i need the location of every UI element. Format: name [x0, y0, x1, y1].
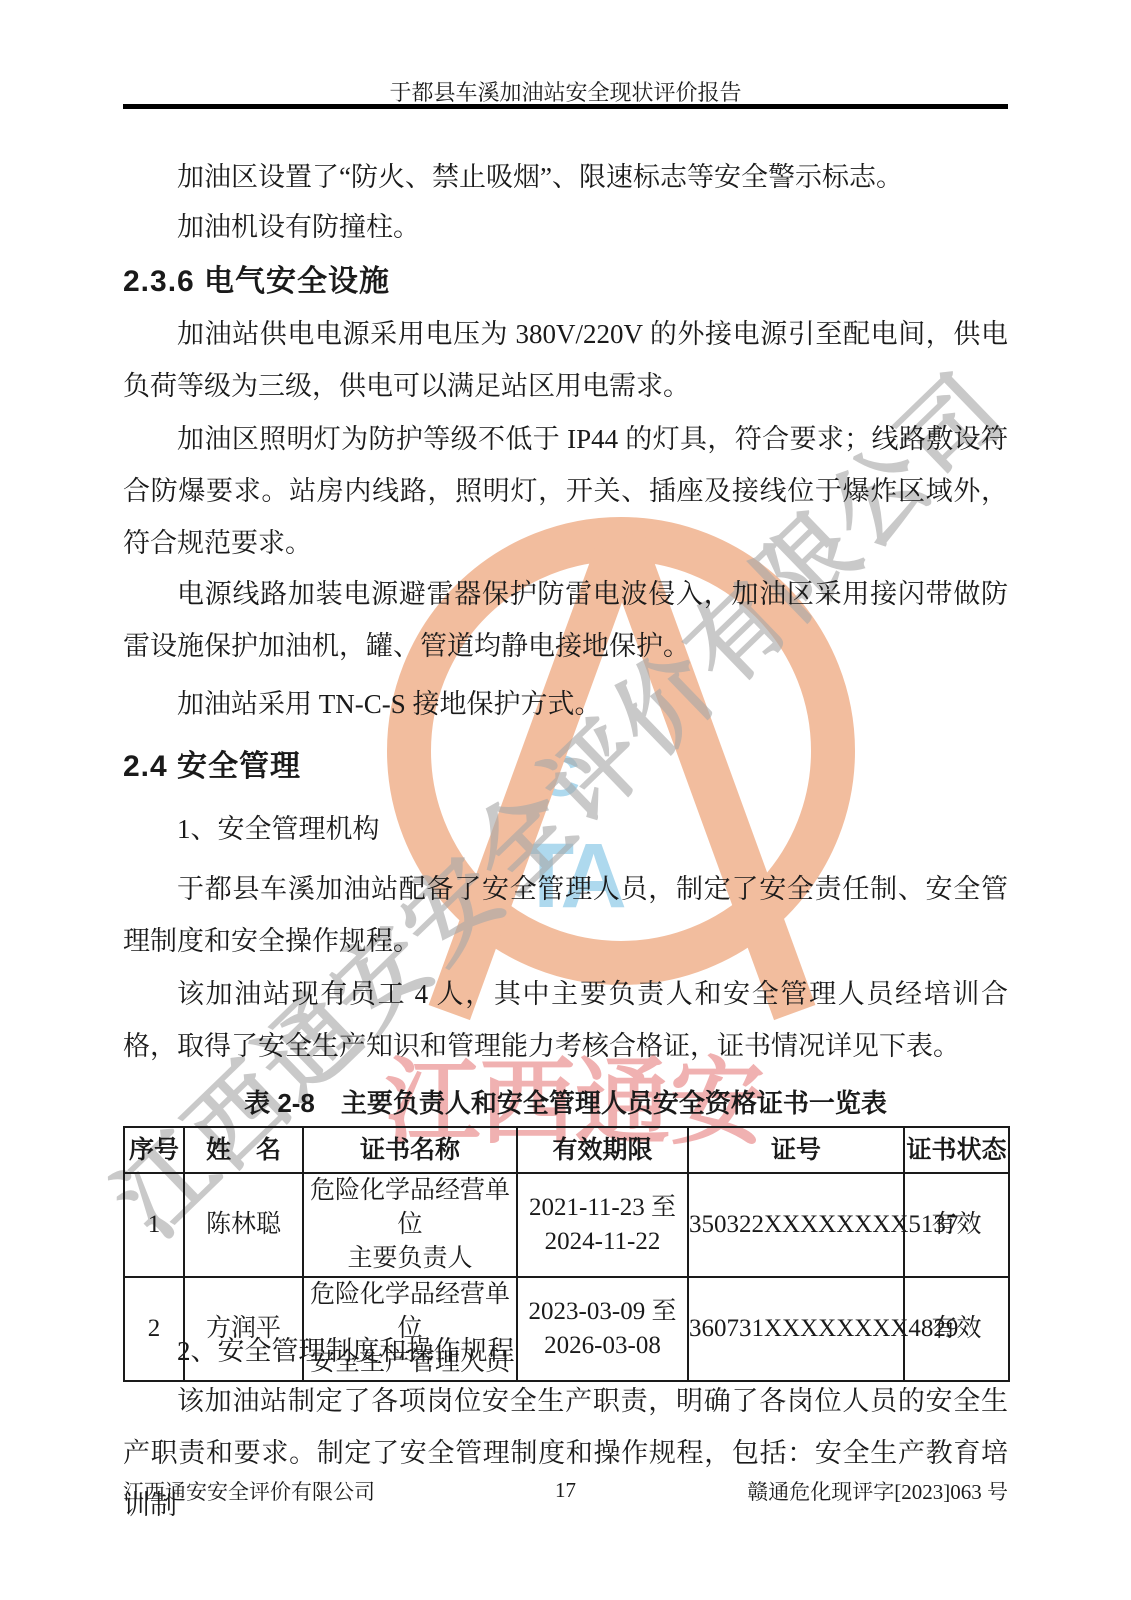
table-header-row: 序号 姓 名 证书名称 有效期限 证号 证书状态 — [124, 1127, 1009, 1173]
cell-name: 陈林聪 — [184, 1173, 303, 1277]
paragraph-staff: 该加油站现有员工 4 人，其中主要负责人和安全管理人员经培训合格，取得了安全生产… — [123, 968, 1008, 1072]
document-page: C TA 江西通安安全评价有限公司 江西通安 于都县车溪加油站安全现状评价报告 … — [0, 0, 1131, 1600]
page-header-rule — [123, 104, 1008, 109]
cell-number: 350322XXXXXXXX5137 — [688, 1173, 904, 1277]
table-row: 1 陈林聪 危险化学品经营单位 主要负责人 2021-11-23 至 2024-… — [124, 1173, 1009, 1277]
paragraph-management: 于都县车溪加油站配备了安全管理人员，制定了安全责任制、安全管理制度和安全操作规程… — [123, 863, 1008, 967]
paragraph-warning-signs: 加油区设置了“防火、禁止吸烟”、限速标志等安全警示标志。 — [123, 151, 1008, 203]
column-header-number: 证号 — [688, 1127, 904, 1173]
page-header-title: 于都县车溪加油站安全现状评价报告 — [0, 76, 1131, 107]
column-header-cert: 证书名称 — [303, 1127, 517, 1173]
paragraph-lightning: 电源线路加装电源避雷器保护防雷电波侵入，加油区采用接闪带做防雷设施保护加油机，罐… — [123, 568, 1008, 672]
paragraph-rules-item: 2、安全管理制度和操作规程 — [123, 1325, 1008, 1377]
paragraph-power-supply: 加油站供电电源采用电压为 380V/220V 的外接电源引至配电间，供电负荷等级… — [123, 308, 1008, 412]
paragraph-duties: 该加油站制定了各项岗位安全生产职责，明确了各岗位人员的安全生产职责和要求。制定了… — [123, 1375, 1008, 1531]
column-header-name: 姓 名 — [184, 1127, 303, 1173]
paragraph-lighting: 加油区照明灯为防护等级不低于 IP44 的灯具，符合要求；线路敷设符合防爆要求。… — [123, 413, 1008, 569]
section-heading-2-3-6: 2.3.6 电气安全设施 — [123, 265, 1008, 299]
table-title: 表 2-8 主要负责人和安全管理人员安全资格证书一览表 — [123, 1088, 1008, 1118]
column-header-status: 证书状态 — [904, 1127, 1009, 1173]
paragraph-crash-posts: 加油机设有防撞柱。 — [123, 201, 1008, 253]
cell-cert: 危险化学品经营单位 主要负责人 — [303, 1173, 517, 1277]
section-heading-2-4: 2.4 安全管理 — [123, 750, 1008, 784]
footer-doc-number: 赣通危化现评字[2023]063 号 — [747, 1476, 1008, 1506]
cell-period: 2021-11-23 至 2024-11-22 — [517, 1173, 688, 1277]
column-header-no: 序号 — [124, 1127, 184, 1173]
column-header-period: 有效期限 — [517, 1127, 688, 1173]
paragraph-grounding: 加油站采用 TN-C-S 接地保护方式。 — [123, 678, 1008, 730]
paragraph-org-item: 1、安全管理机构 — [123, 803, 1008, 855]
cell-no: 1 — [124, 1173, 184, 1277]
